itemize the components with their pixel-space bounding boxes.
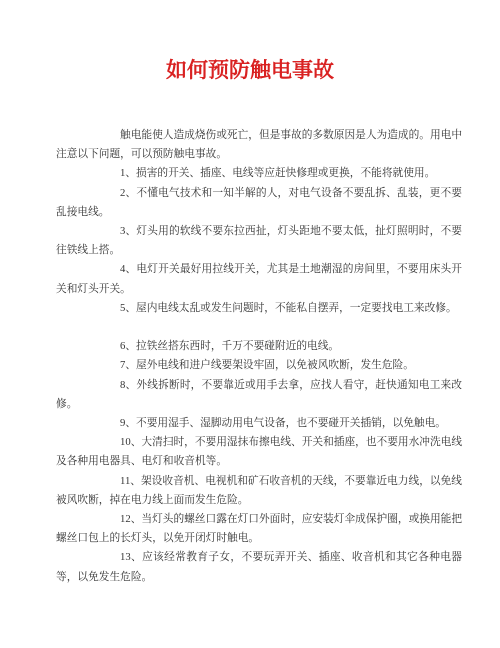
- document-page: 如何预防触电事故 触电能使人造成烧伤或死亡，但是事故的多数原因是人为造成的。用电…: [0, 0, 500, 648]
- paragraph: 3、灯头用的软线不要东拉西扯，灯头距地不要太低，扯灯照明时，不要往铁线上搭。: [56, 222, 462, 260]
- paragraph: 1、损害的开关、插座、电线等应赶快修理或更换，不能将就使用。: [56, 164, 462, 183]
- paragraph: 触电能使人造成烧伤或死亡，但是事故的多数原因是人为造成的。用电中注意以下问题，可…: [56, 126, 462, 164]
- paragraph: 8、外线拆断时，不要靠近或用手去拿，应找人看守，赶快通知电工来改修。: [56, 376, 462, 414]
- paragraph: 10、大清扫时，不要用湿抹布擦电线、开关和插座，也不要用水冲洗电线及各种用电器具…: [56, 433, 462, 471]
- paragraph: 4、电灯开关最好用拉线开关，尤其是土地潮湿的房间里，不要用床头开关和灯头开关。: [56, 260, 462, 298]
- paragraph: 11、架设收音机、电视机和矿石收音机的天线，不要靠近电力线，以免线被风吹断，掉在…: [56, 472, 462, 510]
- paragraph: 12、当灯头的螺丝口露在灯口外面时，应安装灯伞成保护圈，或换用能把螺丝口包上的长…: [56, 510, 462, 548]
- document-title: 如何预防触电事故: [0, 56, 500, 84]
- paragraph: 7、屋外电线和进户线要架设牢固，以免被风吹断，发生危险。: [56, 356, 462, 375]
- document-body: 触电能使人造成烧伤或死亡，但是事故的多数原因是人为造成的。用电中注意以下问题，可…: [56, 126, 462, 587]
- paragraph: 9、不要用湿手、湿脚动用电气设备，也不要碰开关插销，以免触电。: [56, 414, 462, 433]
- paragraph: 6、拉铁丝搭东西时，千万不要碰附近的电线。: [56, 337, 462, 356]
- paragraph: 2、不懂电气技术和一知半解的人，对电气设备不要乱拆、乱装，更不要乱接电线。: [56, 184, 462, 222]
- paragraph: 13、应该经常教育子女，不要玩弄开关、插座、收音机和其它各种电器等，以免发生危险…: [56, 548, 462, 586]
- paragraph: 5、屋内电线太乱或发生问题时，不能私自摆弄，一定要找电工来改修。: [56, 299, 462, 318]
